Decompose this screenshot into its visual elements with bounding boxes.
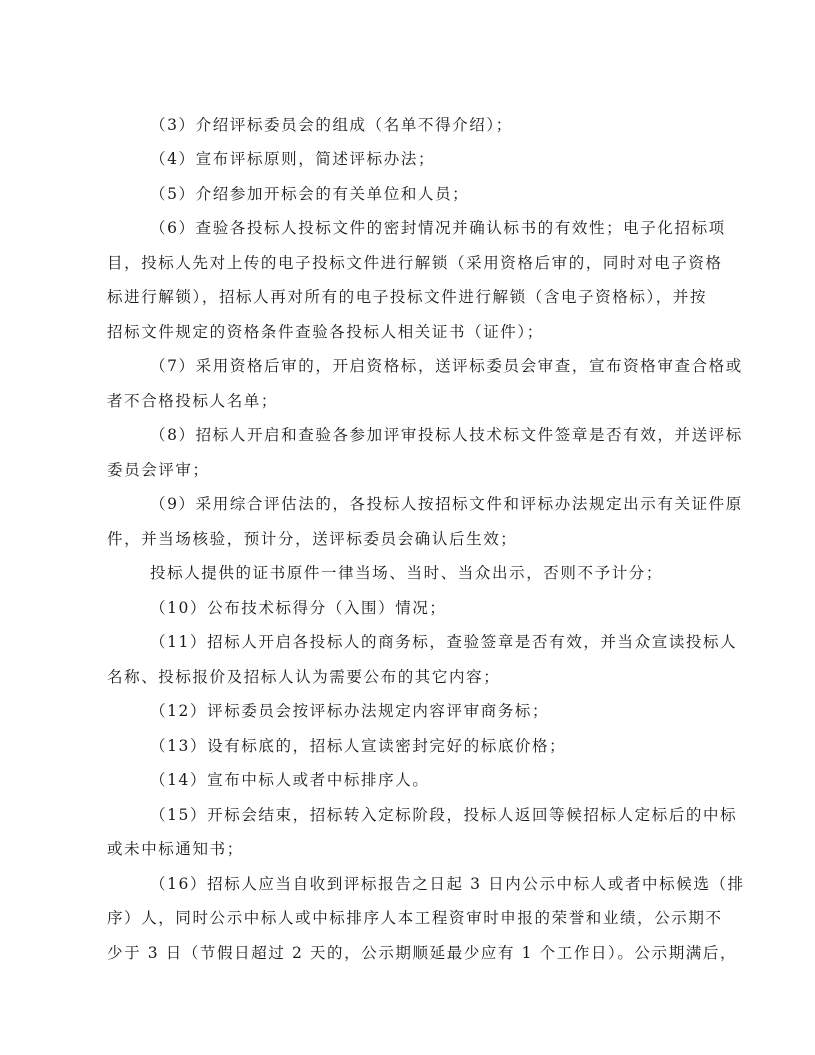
paragraph-line: 少于 3 日（节假日超过 2 天的，公示期顺延最少应有 1 个工作日）。公示期满…	[107, 936, 703, 970]
paragraph-line: 标进行解锁），招标人再对所有的电子投标文件进行解锁（含电子资格标），并按	[107, 280, 703, 314]
paragraph-line: （3）介绍评标委员会的组成（名单不得介绍）；	[150, 108, 703, 142]
paragraph-line: （5）介绍参加开标会的有关单位和人员；	[150, 177, 703, 211]
paragraph-line: 者不合格投标人名单；	[107, 384, 703, 418]
paragraph-line: 名称、投标报价及招标人认为需要公布的其它内容；	[107, 660, 703, 694]
document-page: （3）介绍评标委员会的组成（名单不得介绍）； （4）宣布评标原则，简述评标办法；…	[0, 0, 815, 1055]
paragraph-line: 件，并当场核验，预计分，送评标委员会确认后生效；	[107, 522, 703, 556]
paragraph-line: 或未中标通知书；	[107, 832, 703, 866]
paragraph-line: （9）采用综合评估法的，各投标人按招标文件和评标办法规定出示有关证件原	[150, 487, 703, 521]
paragraph-line: （4）宣布评标原则，简述评标办法；	[150, 142, 703, 176]
paragraph-line: （11）招标人开启各投标人的商务标，查验签章是否有效，并当众宣读投标人	[150, 625, 703, 659]
paragraph-line: 招标文件规定的资格条件查验各投标人相关证书（证件）；	[107, 315, 703, 349]
paragraph-line: 序）人，同时公示中标人或中标排序人本工程资审时申报的荣誉和业绩，公示期不	[107, 901, 703, 935]
paragraph-line: （13）设有标底的，招标人宣读密封完好的标底价格；	[150, 729, 703, 763]
paragraph-line: （7）采用资格后审的，开启资格标，送评标委员会审查，宣布资格审查合格或	[150, 349, 703, 383]
paragraph-line: （15）开标会结束，招标转入定标阶段，投标人返回等候招标人定标后的中标	[150, 798, 703, 832]
paragraph-line: 委员会评审；	[107, 453, 703, 487]
paragraph-line: （6）查验各投标人投标文件的密封情况并确认标书的有效性；电子化招标项	[150, 211, 703, 245]
paragraph-line: （14）宣布中标人或者中标排序人。	[150, 763, 703, 797]
paragraph-line: （16）招标人应当自收到评标报告之日起 3 日内公示中标人或者中标候选（排	[150, 867, 703, 901]
paragraph-line: 目，投标人先对上传的电子投标文件进行解锁（采用资格后审的，同时对电子资格	[107, 246, 703, 280]
paragraph-line: （10）公布技术标得分（入围）情况；	[150, 591, 703, 625]
paragraph-line: （8）招标人开启和查验各参加评审投标人技术标文件签章是否有效，并送评标	[150, 418, 703, 452]
paragraph-line: （12）评标委员会按评标办法规定内容评审商务标；	[150, 694, 703, 728]
paragraph-line: 投标人提供的证书原件一律当场、当时、当众出示，否则不予计分；	[150, 556, 703, 590]
